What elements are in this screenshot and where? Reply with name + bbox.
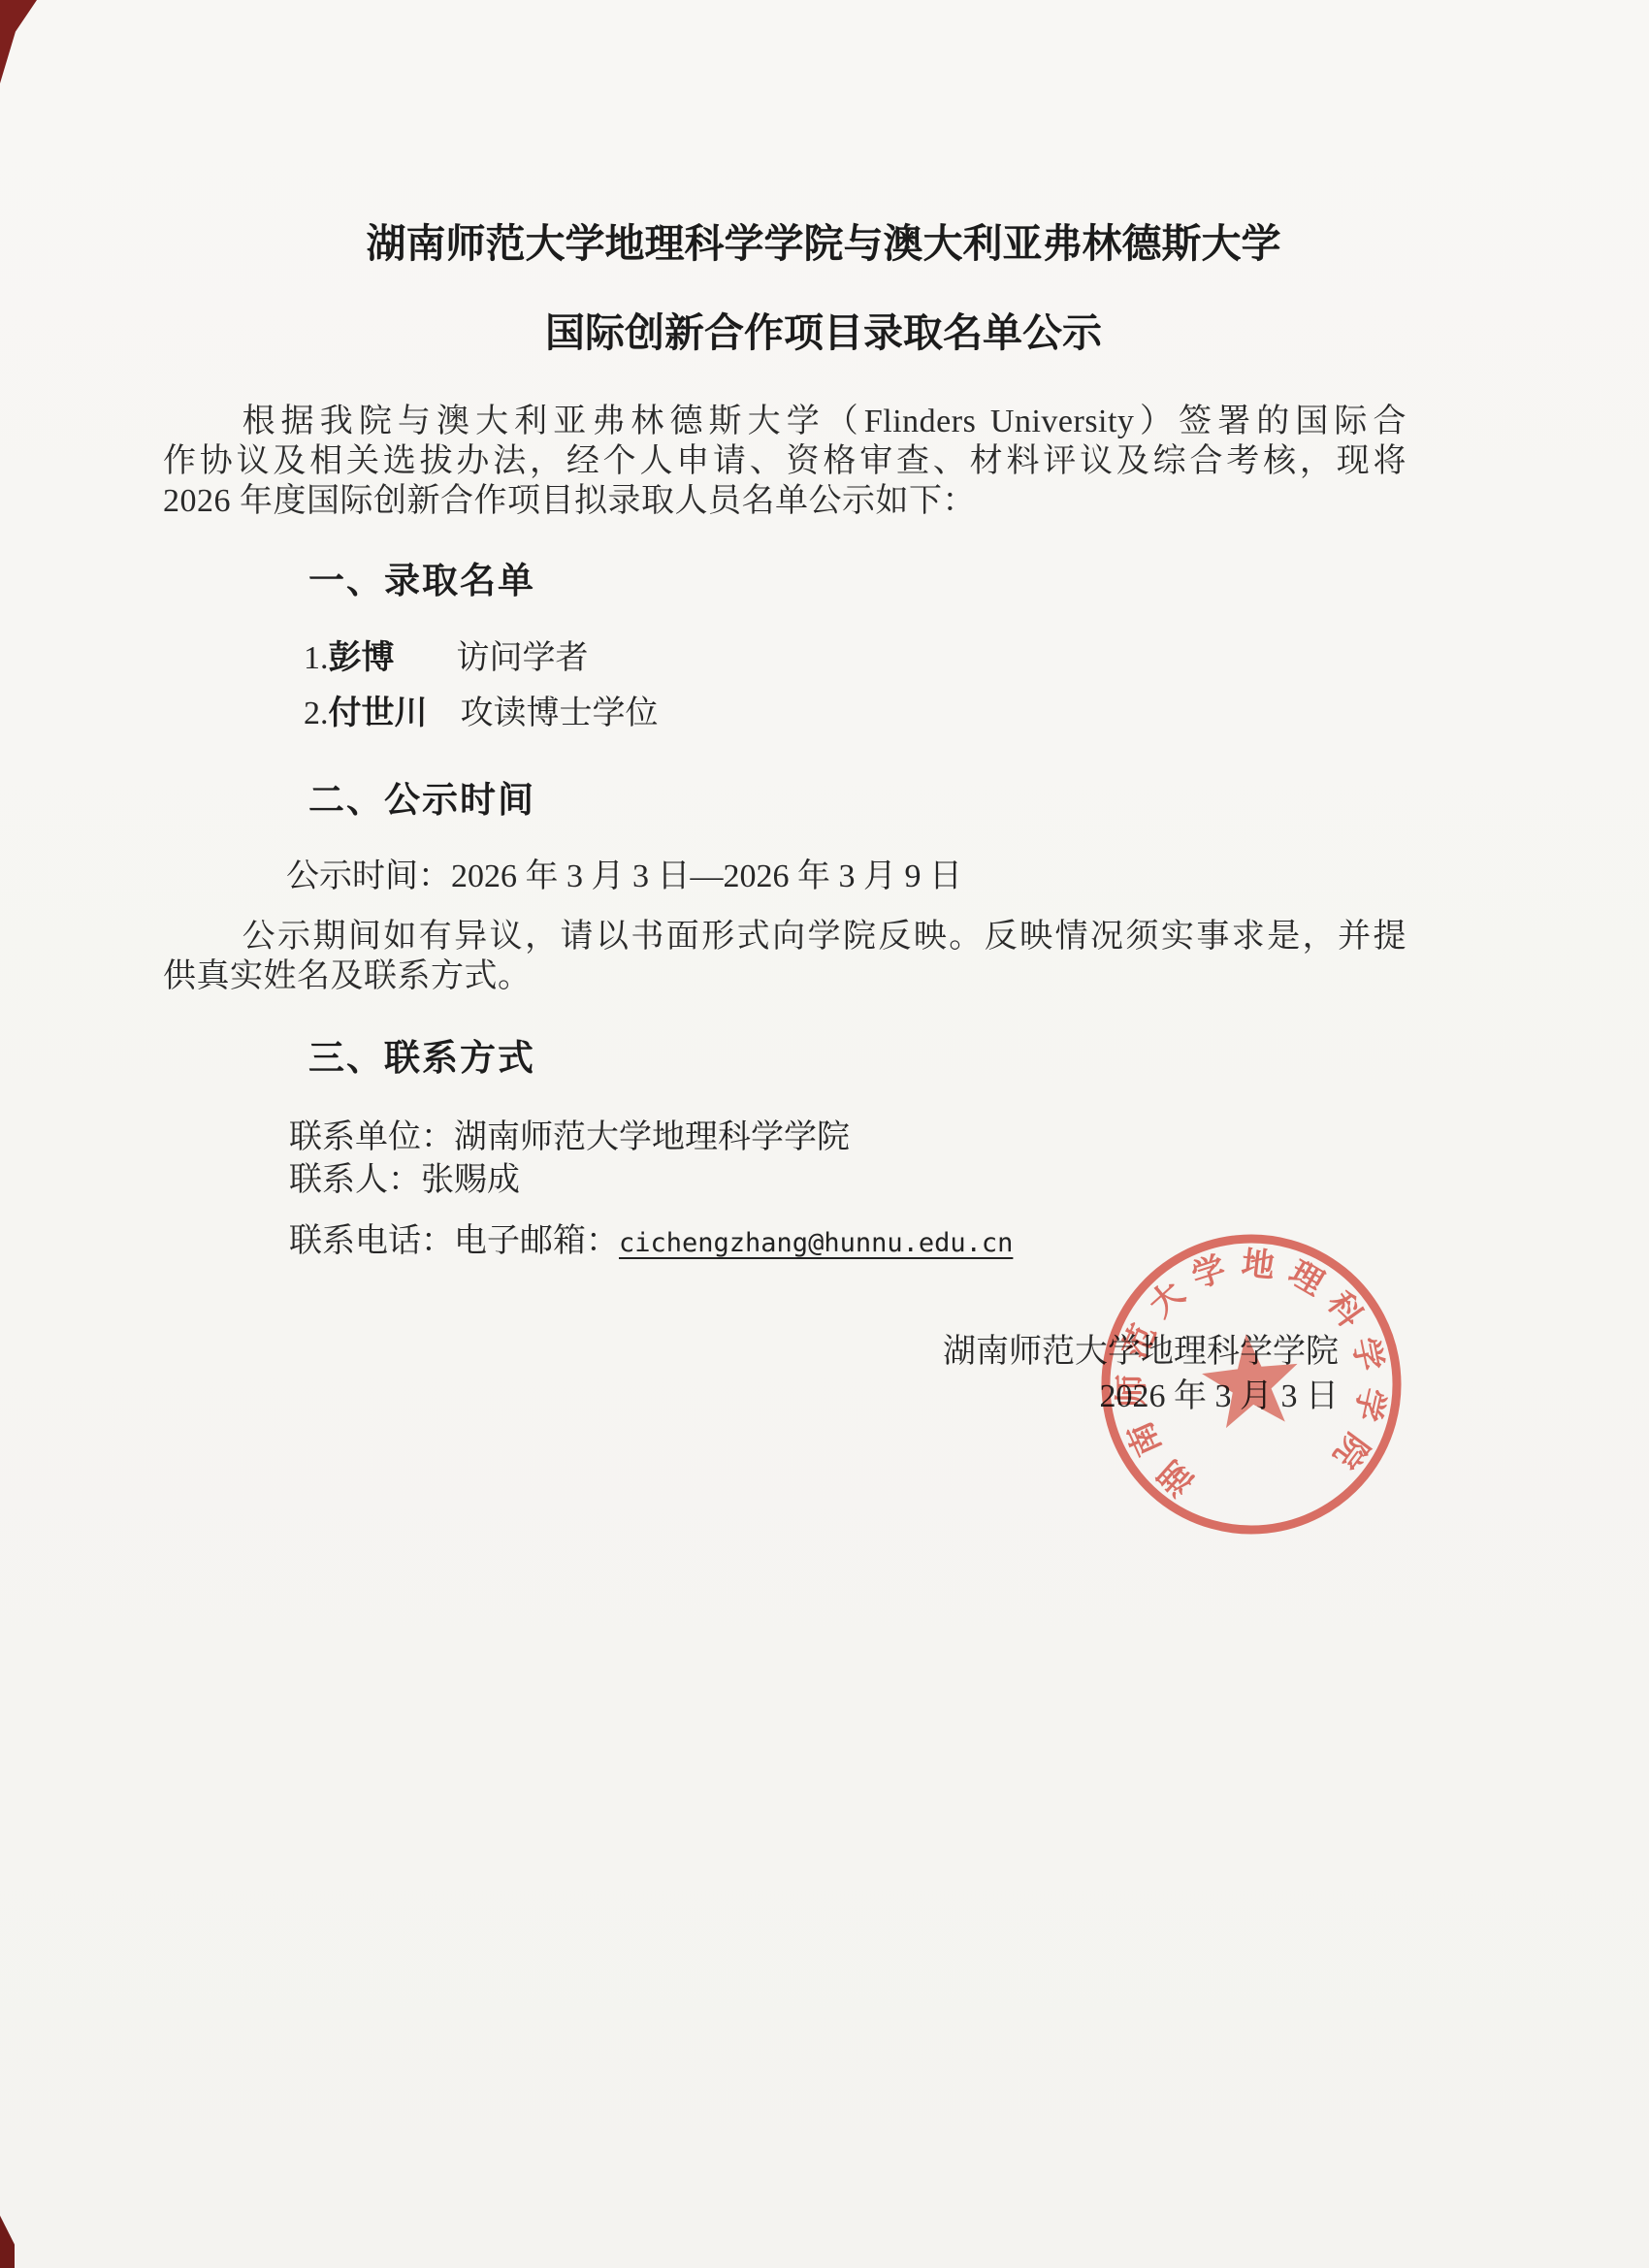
contact-email-line: 联系电话：电子邮箱：cichengzhang@hunnu.edu.cn: [289, 1219, 1406, 1266]
doc-title-line2: 国际创新合作项目录取名单公示: [163, 307, 1406, 359]
list-item: 2.付世川攻读博士学位: [304, 693, 1406, 734]
admission-list: 1.彭博访问学者 2.付世川攻读博士学位: [163, 637, 1406, 734]
email-label: 联系电话：电子邮箱：: [289, 1223, 619, 1259]
admitted-name: 彭博: [329, 639, 395, 676]
list-item: 1.彭博访问学者: [304, 637, 1406, 679]
objection-note-line: 公示期间如有异议，请以书面形式向学院反映。反映情况须实事求是，并提: [163, 917, 1406, 956]
admitted-role: 访问学者: [457, 640, 589, 676]
doc-title-line1: 湖南师范大学地理科学学院与澳大利亚弗林德斯大学: [163, 217, 1406, 270]
email-address: cichengzhang@hunnu.edu.cn: [619, 1228, 1013, 1258]
objection-note: 公示期间如有异议，请以书面形式向学院反映。反映情况须实事求是，并提 供真实姓名及…: [163, 917, 1406, 996]
intro-paragraph: 根据我院与澳大利亚弗林德斯大学（Flinders University）签署的国…: [163, 402, 1406, 521]
list-item-number: 1.: [304, 640, 329, 676]
admitted-role: 攻读博士学位: [461, 696, 659, 731]
contact-unit-line: 联系单位：湖南师范大学地理科学学院: [289, 1117, 1406, 1159]
scanned-document-page: 湖南师范大学地理科学学院与澳大利亚弗林德斯大学 国际创新合作项目录取名单公示 根…: [0, 0, 1649, 2268]
document-body: 湖南师范大学地理科学学院与澳大利亚弗林德斯大学 国际创新合作项目录取名单公示 根…: [0, 0, 1649, 1419]
publicity-period-line: 公示时间：2026 年 3 月 3 日—2026 年 3 月 9 日: [286, 857, 1406, 897]
intro-line: 根据我院与澳大利亚弗林德斯大学（Flinders University）签署的国…: [163, 402, 1406, 441]
intro-line: 作协议及相关选拔办法，经个人申请、资格审查、材料评议及综合考核，现将: [163, 441, 1406, 481]
section-heading-admission-list: 一、录取名单: [308, 558, 1406, 604]
admitted-name: 付世川: [329, 695, 428, 731]
section-heading-publicity-period: 二、公示时间: [308, 777, 1406, 824]
signature-date: 2026 年 3 月 3 日: [163, 1375, 1339, 1419]
objection-note-line: 供真实姓名及联系方式。: [163, 956, 1406, 996]
contact-person-line: 联系人：张赐成: [289, 1159, 1406, 1202]
scan-artifact-bottom-left: [0, 2216, 15, 2268]
intro-line: 2026 年度国际创新合作项目拟录取人员名单公示如下：: [163, 481, 1406, 521]
signature-org: 湖南师范大学地理科学学院: [163, 1330, 1339, 1375]
signature-block: 湖南师范大学地理科学学院 2026 年 3 月 3 日: [163, 1330, 1339, 1419]
section-heading-contact: 三、联系方式: [308, 1035, 1406, 1082]
list-item-number: 2.: [304, 696, 329, 731]
